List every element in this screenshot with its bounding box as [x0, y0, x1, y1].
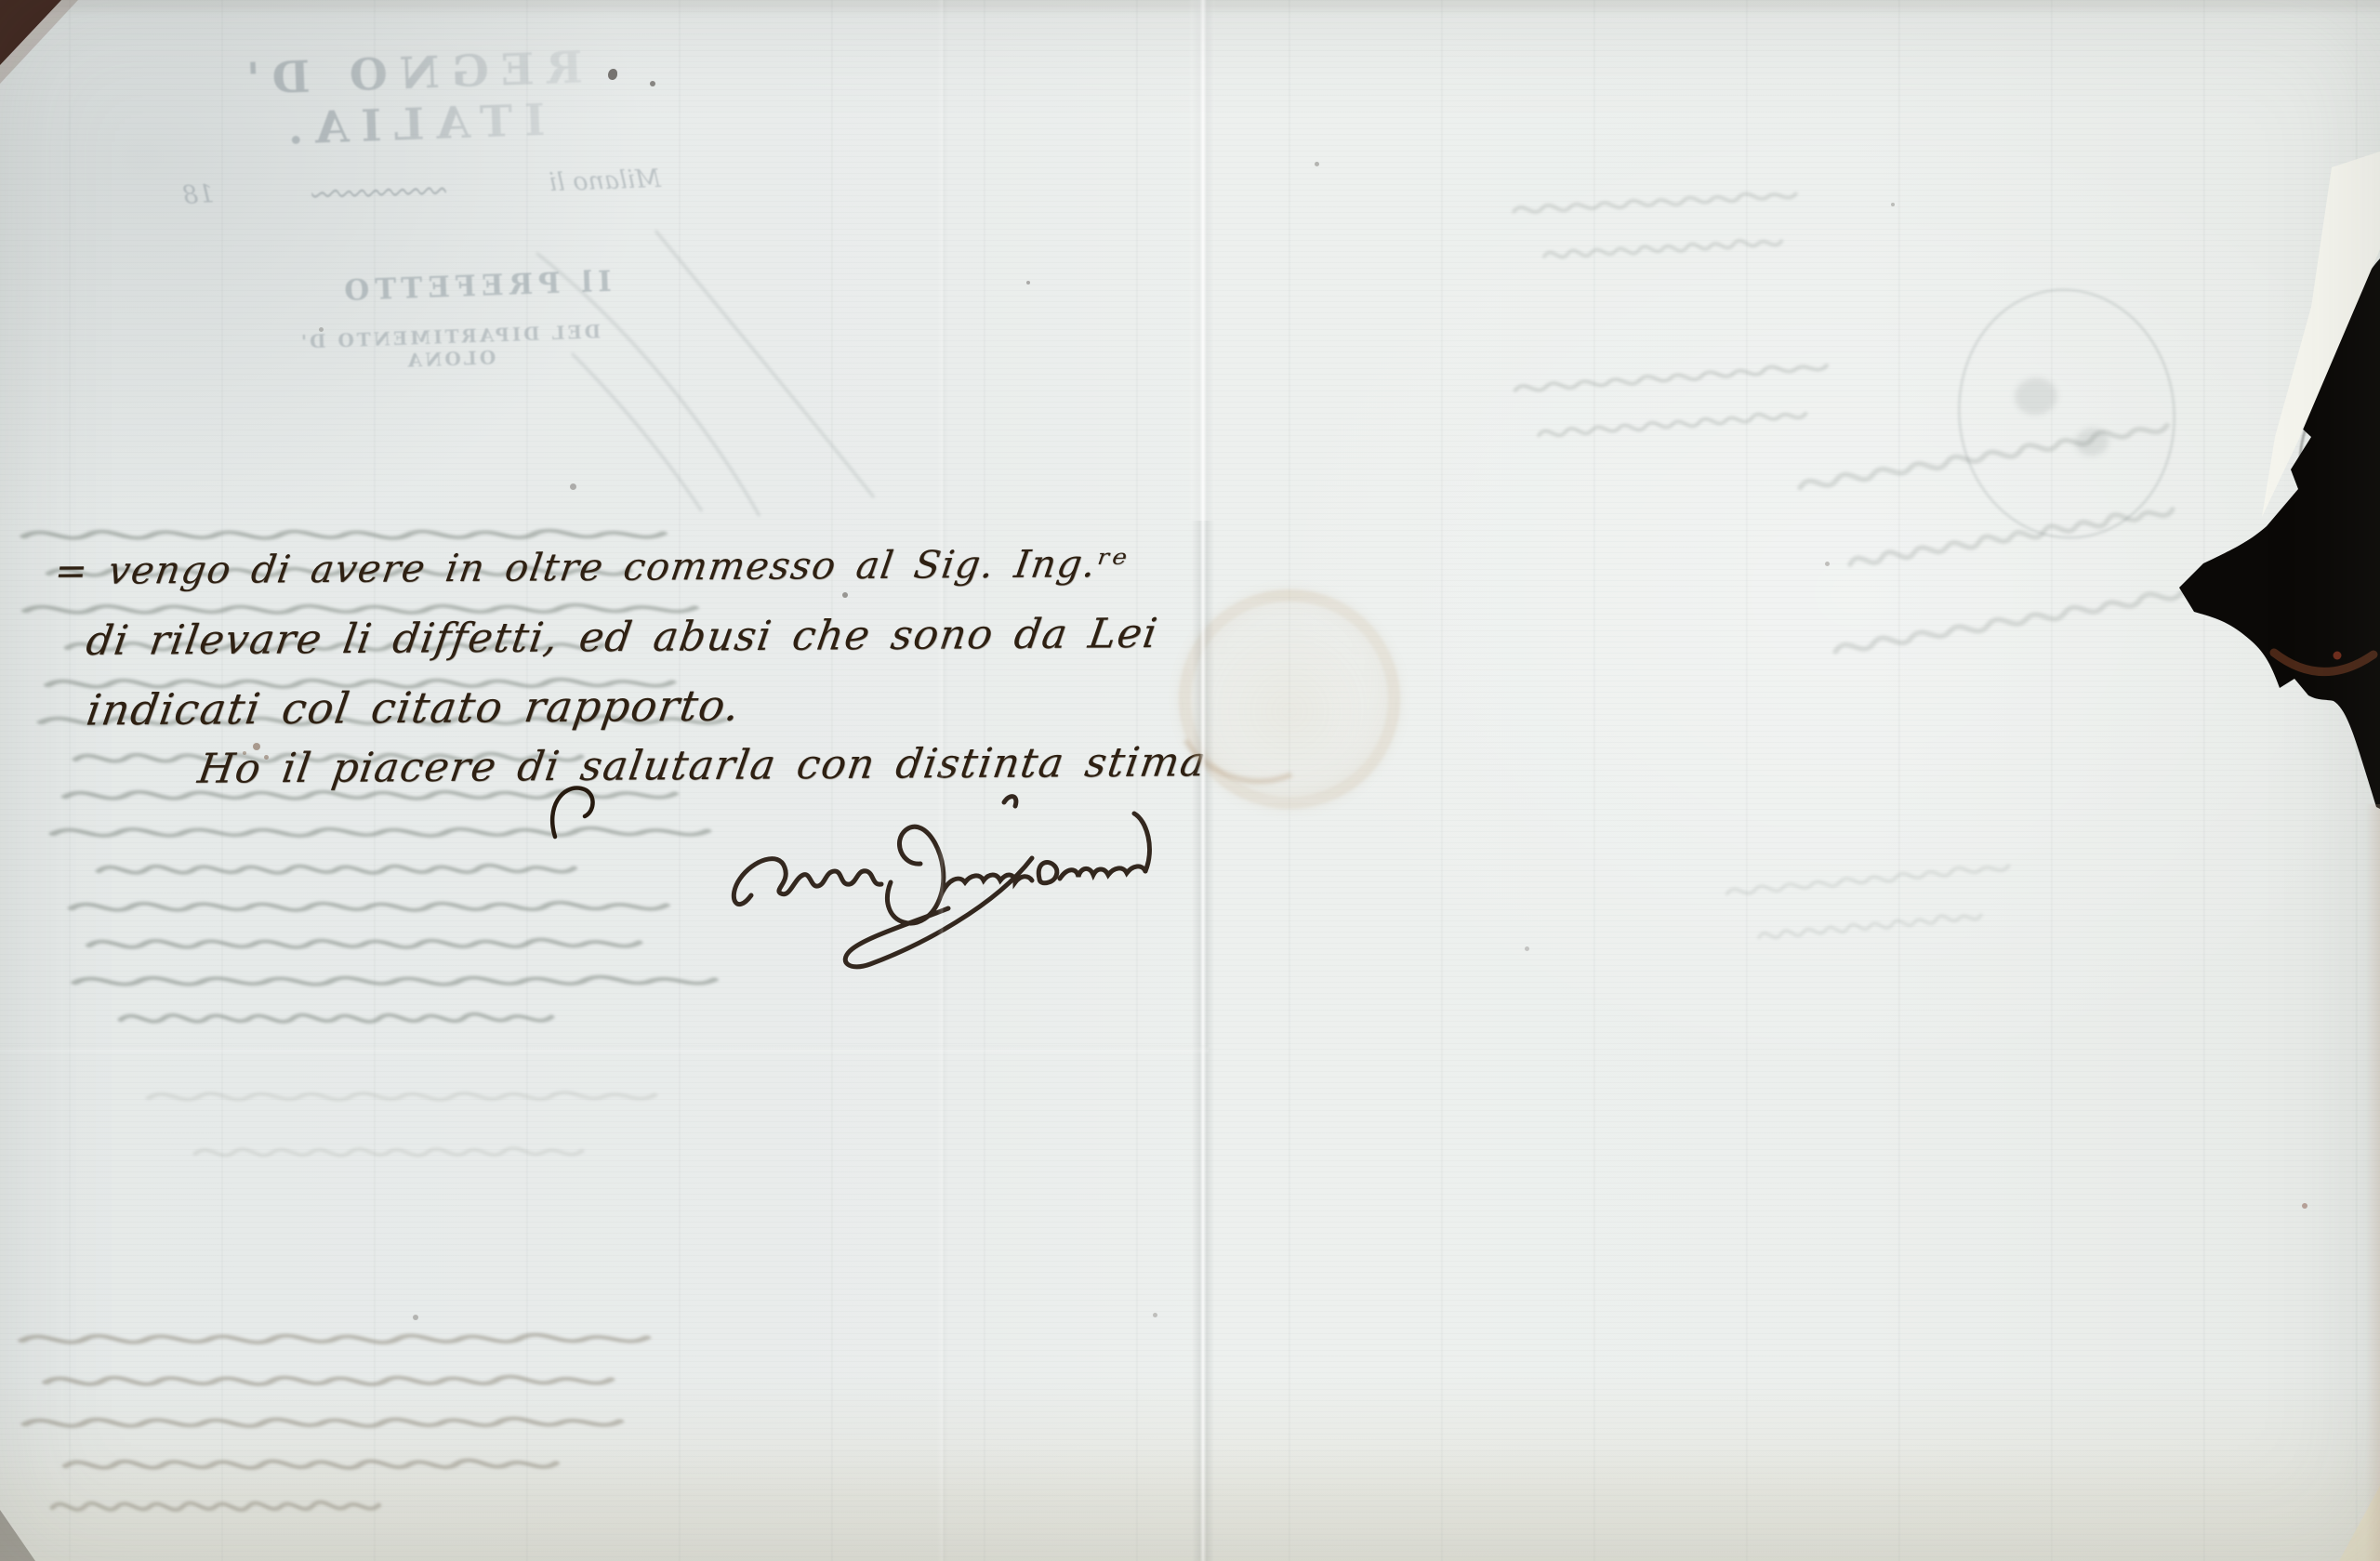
right-edge-tear-tint: [2365, 804, 2380, 1561]
torn-hole: [2179, 258, 2380, 809]
horizontal-crease: [0, 1045, 1209, 1054]
bottom-warm-band: [0, 1449, 2380, 1561]
corner-dark-topleft-halo: [0, 0, 78, 84]
center-fold-highlight: [1188, 0, 1216, 521]
left-page-crease: [937, 0, 948, 1561]
document-scan: REGNO D' ITALIA. Milano li 18 Il PREFETT…: [0, 0, 2380, 1561]
wax-seal-dot: [2334, 652, 2342, 660]
